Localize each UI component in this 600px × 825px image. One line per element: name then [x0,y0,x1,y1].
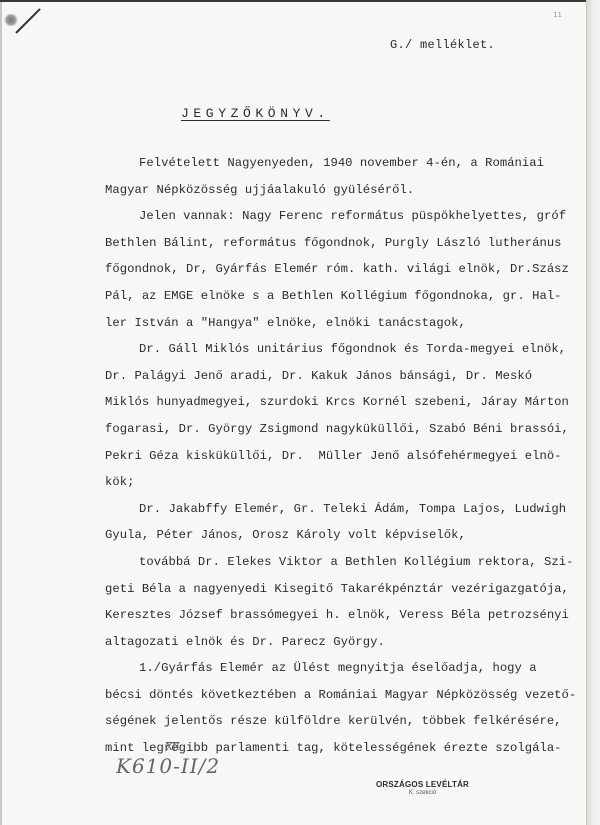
text-line: Dr. Jakabffy Elemér, Gr. Teleki Ádám, To… [105,496,535,523]
text-line: geti Béla a nagyenyedi Kisegitő Takarékp… [105,576,535,603]
stamp-section: K. szekció [376,790,469,796]
text-line: Keresztes József brassómegyei h. elnök, … [105,602,535,629]
handwritten-reference: K610-II/2 [116,754,220,778]
corner-stain [4,14,18,26]
pencil-mark [15,8,40,33]
text-line: Jelen vannak: Nagy Ferenc református püs… [105,203,535,230]
handwritten-superscript: XII [166,743,180,753]
text-line: Magyar Népközösség ujjáalakuló gyülésérő… [105,177,535,204]
text-line: bécsi döntés következtében a Romániai Ma… [105,682,535,709]
text-line: 1./Gyárfás Elemér az Ülést megnyitja ése… [105,655,535,682]
text-line: Bethlen Bálint, református főgondnok, Pu… [105,230,535,257]
text-line: Dr. Palágyi Jenő aradi, Dr. Kakuk János … [105,363,535,390]
page-left-edge [0,2,2,825]
text-line: ségének jelentős része külföldre kerülvé… [105,708,535,735]
document-body: Felvételett Nagyenyeden, 1940 november 4… [105,150,535,762]
text-line: fogarasi, Dr. György Zsigmond nagyküküll… [105,416,535,443]
document-title: JEGYZŐKÖNYV. [181,106,330,121]
text-line: Felvételett Nagyenyeden, 1940 november 4… [105,150,535,177]
document-page: 11 G./ melléklet. JEGYZŐKÖNYV. Felvétele… [0,0,586,825]
text-line: Pekri Géza kisküküllői, Dr. Müller Jenő … [105,443,535,470]
text-line: főgondnok, Dr, Gyárfás Elemér róm. kath.… [105,256,535,283]
text-line: továbbá Dr. Elekes Viktor a Bethlen Koll… [105,549,535,576]
text-line: Dr. Gáll Miklós unitárius főgondnok és T… [105,336,535,363]
text-line: altagozati elnök és Dr. Parecz György. [105,629,535,656]
text-line: Miklós hunyadmegyei, szurdoki Krcs Korné… [105,389,535,416]
stamp-archive-name: ORSZÁGOS LEVÉLTÁR [376,780,469,789]
page-right-edge [586,0,600,825]
text-line: kök; [105,469,535,496]
text-line: Gyula, Péter János, Orosz Károly volt ké… [105,522,535,549]
archive-stamp: ORSZÁGOS LEVÉLTÁR K. szekció [376,780,469,796]
page-number-mark: 11 [553,11,562,19]
text-line: ler István a "Hangya" elnöke, elnöki tan… [105,310,535,337]
annex-label: G./ melléklet. [390,38,495,52]
text-line: Pál, az EMGE elnöke s a Bethlen Kollégiu… [105,283,535,310]
